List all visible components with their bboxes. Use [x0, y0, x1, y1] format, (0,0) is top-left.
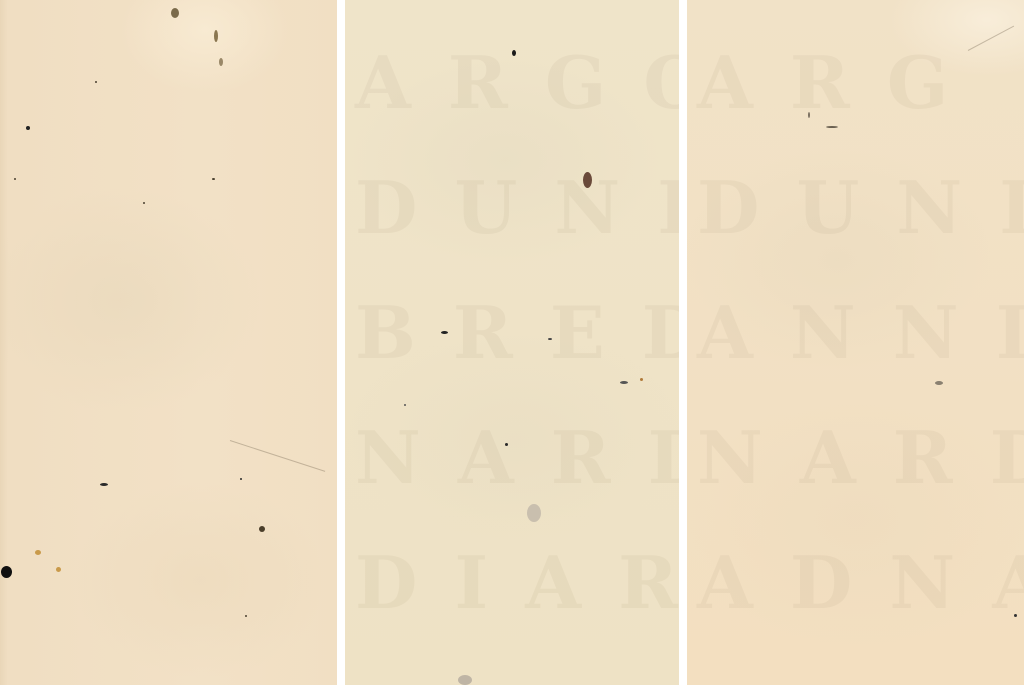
paper-texture-panel-3: A R GD U N DA N N IN A R D IA D N A D	[687, 0, 1024, 685]
paper-speck	[640, 378, 643, 381]
ghost-lettering: A N N I	[697, 290, 1024, 375]
paper-speck	[95, 81, 97, 83]
paper-speck	[583, 172, 592, 188]
ghost-lettering: D U N D A	[355, 165, 679, 250]
paper-speck	[100, 483, 108, 486]
paper-texture-panel-2: A R G O ND U N D AB R E D EN A R D I DD …	[345, 0, 679, 685]
paper-speck	[171, 8, 179, 18]
paper-speck	[527, 504, 541, 522]
paper-speck	[512, 50, 516, 56]
paper-speck	[404, 404, 406, 406]
ghost-lettering: N A R D I D	[355, 415, 679, 500]
paper-speck	[35, 550, 41, 555]
paper-speck	[935, 381, 943, 385]
paper-speck	[458, 675, 472, 685]
paper-speck	[240, 478, 242, 480]
paper-speck	[245, 615, 247, 617]
paper-scratch	[968, 26, 1014, 51]
ghost-lettering: B R E D E	[355, 290, 679, 375]
paper-speck	[548, 338, 552, 340]
paper-speck	[219, 58, 223, 66]
ghost-lettering: D I A R S	[355, 540, 679, 625]
paper-speck	[14, 178, 16, 180]
paper-speck	[505, 443, 508, 446]
paper-speck	[1, 566, 12, 578]
paper-speck	[143, 202, 145, 204]
ghost-lettering: N A R D I	[697, 415, 1024, 500]
white-divider-1	[337, 0, 345, 685]
ghost-lettering: D U N D	[697, 165, 1024, 250]
paper-speck	[26, 126, 30, 130]
paper-speck	[808, 112, 810, 118]
paper-speck	[826, 126, 838, 128]
white-divider-2	[679, 0, 687, 685]
ghost-lettering: A D N A D	[697, 540, 1024, 625]
paper-speck	[620, 381, 628, 384]
paper-speck	[212, 178, 215, 180]
paper-speck	[1014, 614, 1017, 617]
paper-speck	[214, 30, 218, 42]
paper-speck	[259, 526, 265, 532]
paper-speck	[56, 567, 61, 572]
paper-speck	[441, 331, 448, 334]
paper-texture-panel-1	[0, 0, 337, 685]
paper-scratch	[230, 440, 325, 472]
ghost-lettering: A R G	[697, 40, 954, 125]
ghost-lettering: A R G O N	[355, 40, 679, 125]
